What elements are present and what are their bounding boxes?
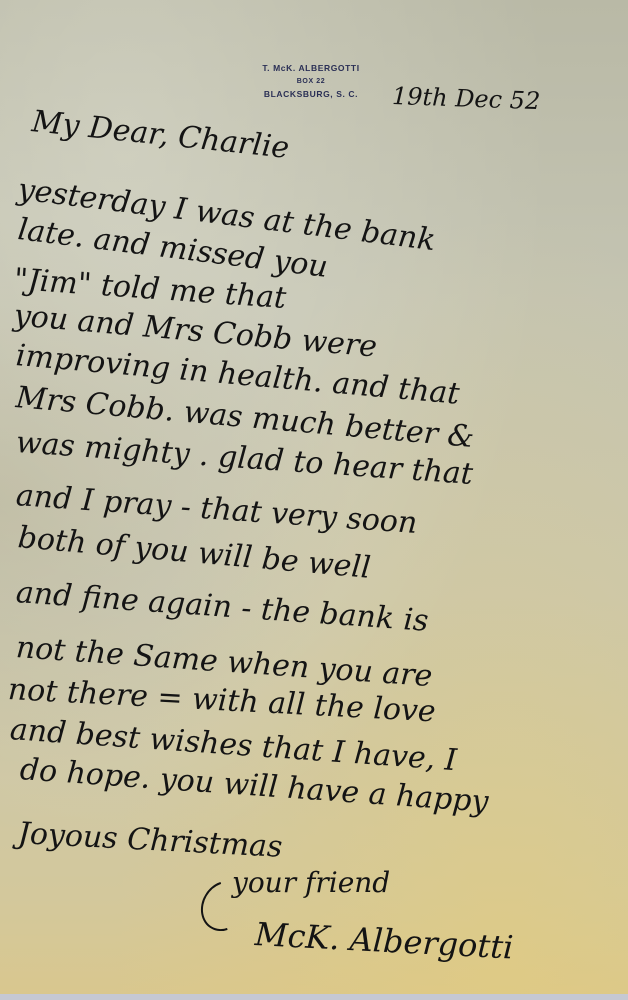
letterhead-name: T. McK. ALBERGOTTI [236,62,386,75]
letterhead: T. McK. ALBERGOTTI BOX 22 BLACKSBURG, S.… [236,62,386,101]
scan-background-edge [0,994,628,1000]
letterhead-box: BOX 22 [236,75,386,88]
closing: your friend [232,866,390,899]
letter-date: 19th Dec 52 [392,82,541,115]
letterhead-city: BLACKSBURG, S. C. [236,88,386,101]
